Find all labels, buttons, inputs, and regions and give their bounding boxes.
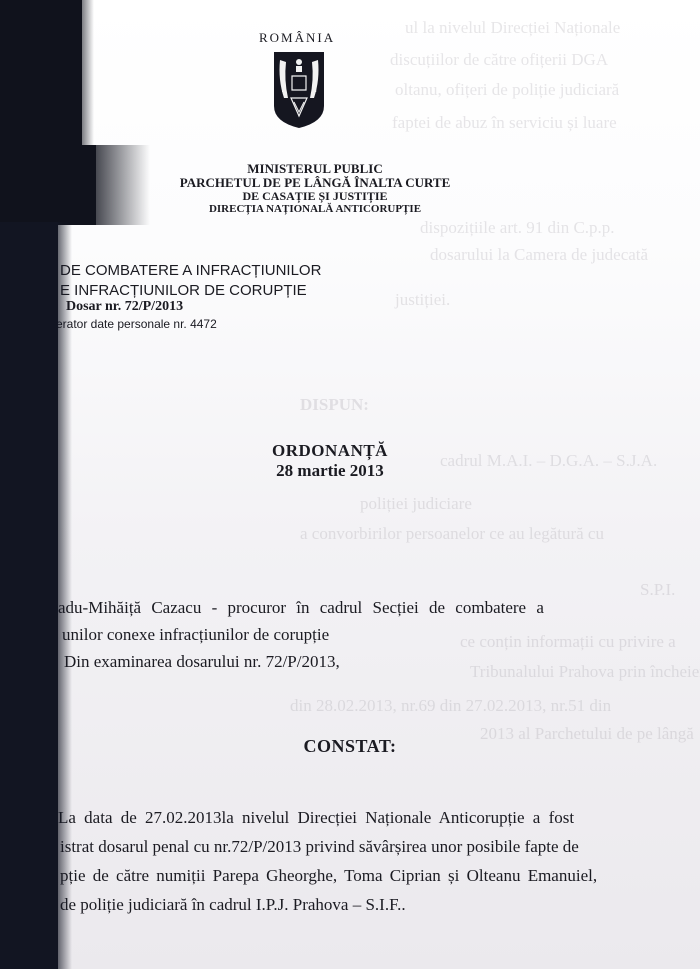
bleed-through-text: DISPUN: [300,395,369,415]
bleed-through-text: a convorbirilor persoanelor ce au legătu… [300,524,604,544]
institution-line: PARCHETUL DE PE LÂNGĂ ÎNALTA CURTE [150,176,480,190]
bleed-through-text: ul la nivelul Direcției Naționale [405,18,620,38]
constat-paragraph-line: de poliție judiciară în cadrul I.P.J. Pr… [60,895,406,915]
bleed-through-text: ce conțin informații cu privire a [460,632,676,652]
constat-paragraph-line: istrat dosarul penal cu nr.72/P/2013 pri… [60,837,579,857]
bleed-through-text: din 28.02.2013, nr.69 din 27.02.2013, nr… [290,696,611,716]
document-title: ORDONANȚĂ [230,441,430,461]
bleed-through-text: S.P.I. [640,580,675,600]
bleed-through-text: justiției. [395,290,450,310]
document-date: 28 martie 2013 [230,461,430,481]
bleed-through-text: dosarului la Camera de judecată [430,245,648,265]
bleed-through-text: faptei de abuz în serviciu și luare [392,113,617,133]
bleed-through-text: discuțiilor de către ofițerii DGA [390,50,608,70]
institution-line: MINISTERUL PUBLIC [150,162,480,176]
institution-line: DIRECȚIA NAȚIONALĂ ANTICORUPȚIE [150,204,480,216]
bleed-through-text: Tribunalului Prahova prin încheierea [470,662,700,682]
case-number: Dosar nr. 72/P/2013 [66,299,183,315]
institution-line: DE CASAȚIE ȘI JUSTIȚIE [150,190,480,203]
intro-line: unilor conexe infracțiunilor de corupție [62,625,329,645]
document-page: ul la nivelul Direcției Naționale discuț… [0,0,700,969]
intro-line: adu-Mihăiță Cazacu - procuror în cadrul … [58,598,544,618]
coat-of-arms-icon [272,50,326,130]
constat-paragraph-line: pție de către numiții Parepa Gheorghe, T… [60,866,597,886]
constat-paragraph-line: La data de 27.02.2013la nivelul Direcție… [58,808,574,828]
data-operator-number: erator date personale nr. 4472 [56,317,217,331]
bleed-through-text: dispozițiile art. 91 din C.p.p. [420,218,615,238]
bleed-through-text: 2013 al Parchetului de pe lângă [480,724,694,744]
section-name-line: DE COMBATERE A INFRACȚIUNILOR [60,262,321,279]
constat-heading: CONSTAT: [250,736,450,757]
bleed-through-text: cadrul M.A.I. – D.G.A. – S.J.A. [440,451,657,471]
bleed-through-text: poliției judiciare [360,494,472,514]
country-name: ROMÂNIA [259,30,335,46]
section-name-line: E INFRACȚIUNILOR DE CORUPȚIE [60,282,307,299]
bleed-through-text: oltanu, ofițeri de poliție judiciară [395,80,619,100]
intro-line: Din examinarea dosarului nr. 72/P/2013, [64,652,340,672]
